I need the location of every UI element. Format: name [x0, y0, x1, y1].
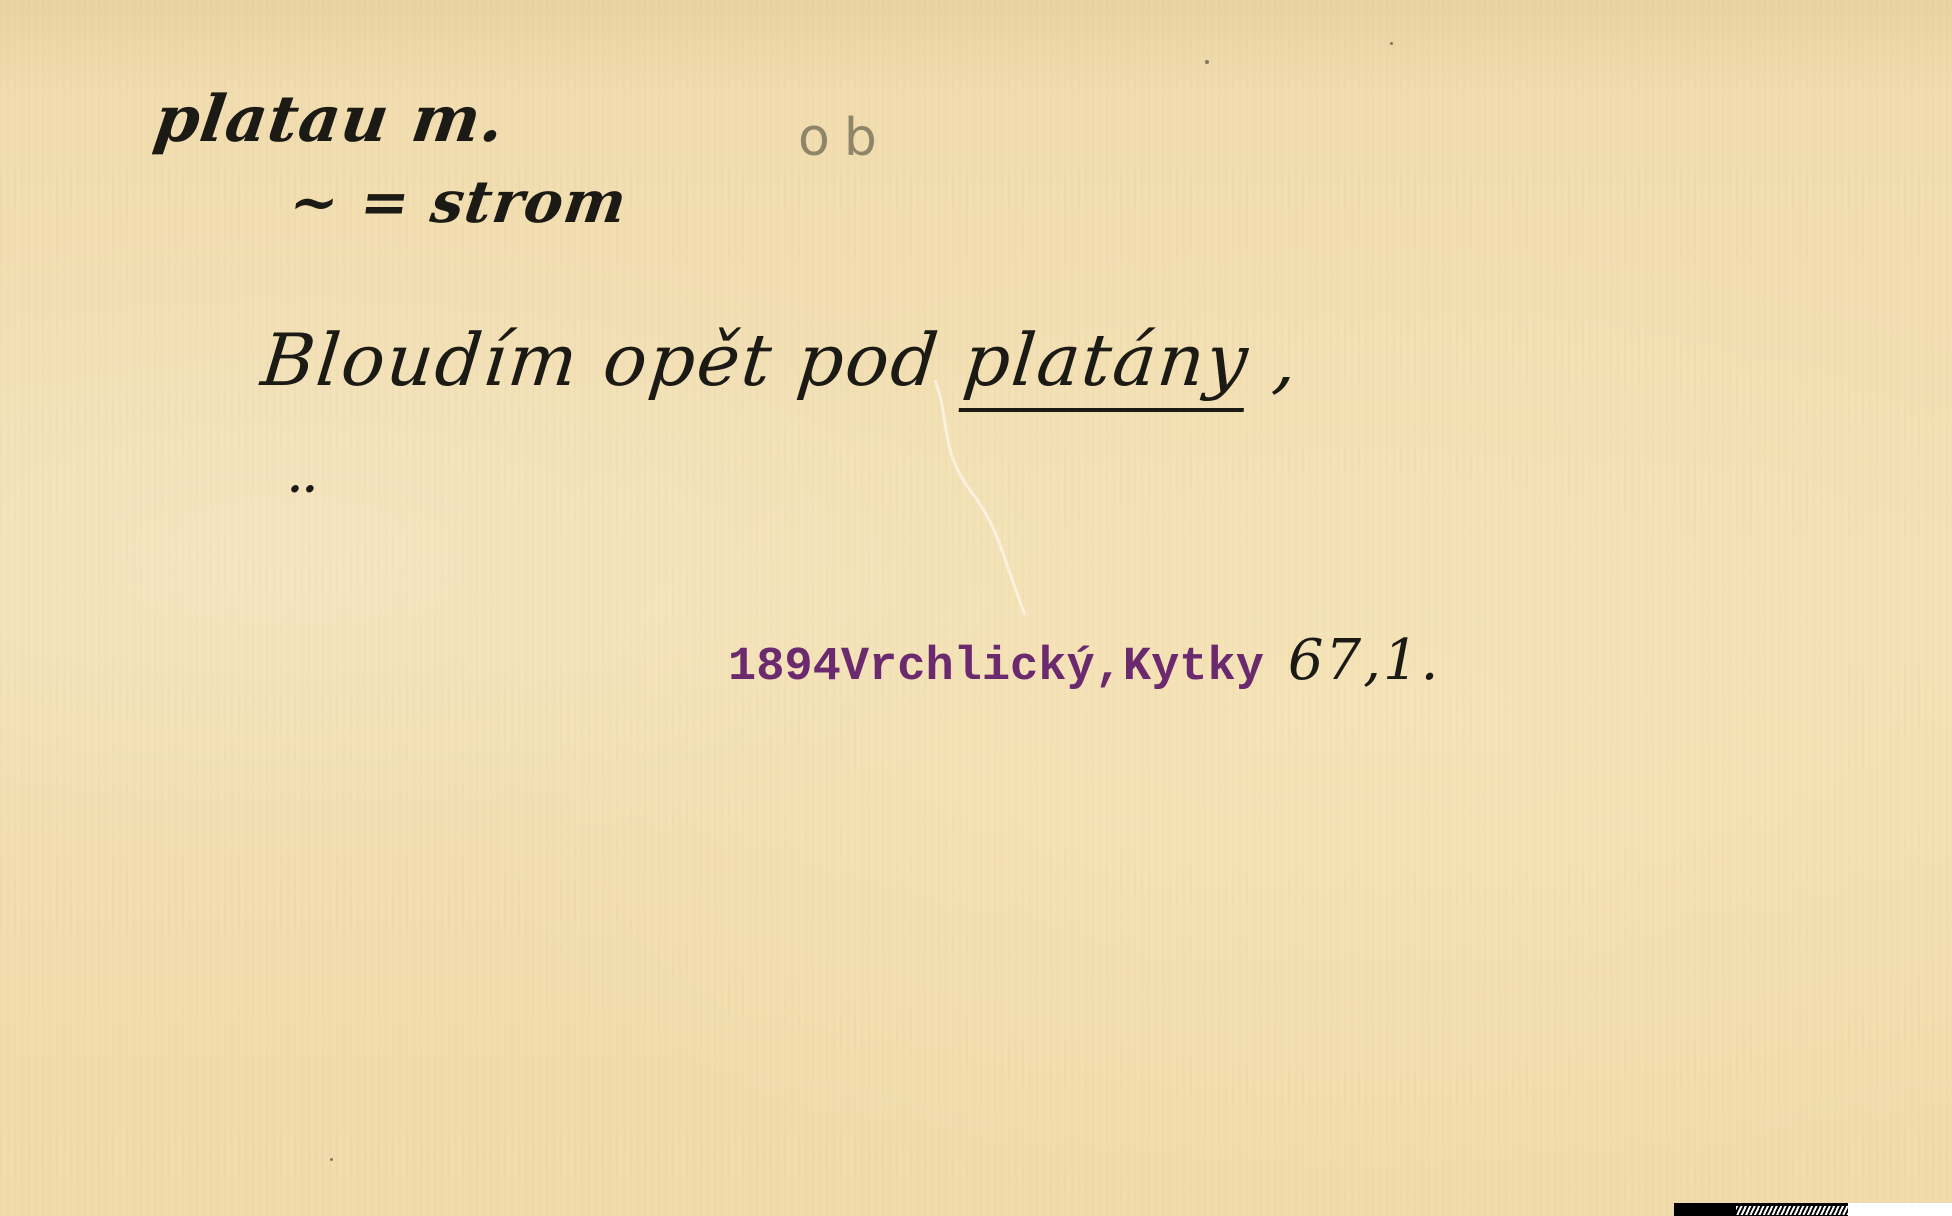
- pencil-mark: ob: [798, 108, 891, 168]
- quotation-text: Bloudím opět pod: [258, 318, 969, 402]
- scanner-hatch: [1736, 1206, 1848, 1215]
- quotation-punctuation: ,: [1245, 318, 1304, 402]
- scanner-edge: [1674, 1203, 1952, 1216]
- paper-speck: [330, 1158, 333, 1161]
- source-citation: 1894 Vrchlický,Kytky 67,1.: [728, 628, 1440, 694]
- ellipsis-mark: ..: [288, 455, 318, 502]
- quotation-underlined-word: platány: [959, 318, 1254, 412]
- paper-crease: [930, 380, 1050, 620]
- scanner-white-area: [1848, 1203, 1952, 1216]
- paper-speck: [1390, 42, 1393, 45]
- headword: platau m.: [150, 82, 510, 157]
- gloss: ~ = strom: [285, 168, 631, 236]
- source-year: 1894: [728, 641, 841, 694]
- paper-speck: [1205, 60, 1209, 64]
- source-author-work: Vrchlický,Kytky: [841, 641, 1264, 694]
- quotation: Bloudím opět pod platány ,: [258, 318, 1304, 402]
- index-card: platau m. ob ~ = strom Bloudím opět pod …: [0, 0, 1952, 1216]
- source-page-ref: 67,1.: [1288, 628, 1441, 693]
